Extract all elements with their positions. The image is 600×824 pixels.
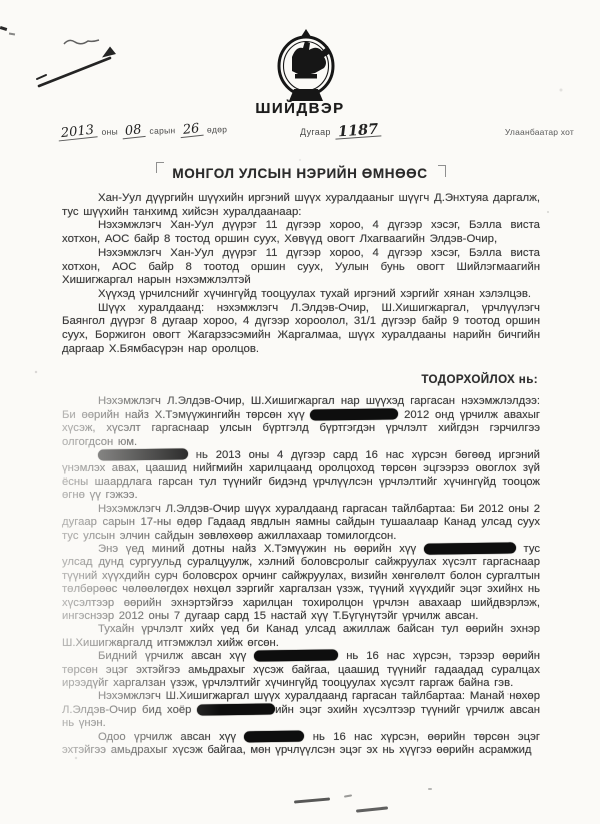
paragraph: Одоо үрчилж авсан хүү нь 16 нас хүрсэн, … (62, 731, 540, 758)
text-run: Хан-Уул дүүргийн шүүхийн иргэний шүүх ху… (62, 192, 540, 218)
paragraph: Нэхэмжлэгч Хан-Уул дүүрэг 11 дүгээр хоро… (62, 247, 540, 288)
statement-paragraphs: Нэхэмжлэгч Л.Элдэв-Очир, Ш.Хишигжаргал н… (62, 395, 540, 757)
pen-dash-mark (344, 794, 352, 797)
paragraph: Хан-Уул дүүргийн шүүхийн иргэний шүүх ху… (62, 192, 540, 219)
text-run: Нэхэмжлэгч Хан-Уул дүүрэг 11 дүгээр хоро… (62, 247, 540, 286)
section-label: ТОДОРХОЙЛОХ нь: (62, 373, 538, 386)
main-heading-row: МОНГОЛ УЛСЫН НЭРИЙН ӨМНӨӨС (0, 165, 600, 183)
text-run: Нэхэмжлэгч Хан-Уул дүүрэг 11 дүгээр хоро… (62, 219, 540, 245)
redaction-bar (197, 703, 275, 715)
paragraph: нь 2013 оны 4 дүгээр сард 16 нас хүрсэн … (62, 449, 540, 503)
redaction-bar (424, 542, 516, 554)
paragraph: Хүүхэд үрчилснийг хүчингүйд тооцуулах ту… (62, 288, 540, 302)
document-title: ШИЙДВЭР (0, 100, 600, 117)
paragraph: Шүүх хуралдаанд: нэхэмжлэгч Л.Элдэв-Очир… (62, 302, 540, 357)
redaction-bar (244, 730, 304, 742)
redaction-bar (310, 408, 398, 420)
scan-edge-artifact (9, 32, 15, 35)
number-label: Дугаар (300, 127, 331, 137)
pen-dash-mark (356, 806, 388, 812)
text-run: Шүүх хуралдаанд: нэхэмжлэгч Л.Элдэв-Очир… (62, 302, 540, 355)
paragraph: Нэхэмжлэгч Ш.Хишигжаргал шүүх хуралдаанд… (62, 690, 540, 730)
scan-edge-artifact (0, 26, 7, 31)
handwritten-day: 26 (179, 123, 203, 138)
paragraph: Нэхэмжлэгч Л.Элдэв-Очир шүүх хуралдаанд … (62, 503, 540, 543)
crop-corner-mark (438, 165, 446, 177)
paragraph: Энэ үед миний дотны найз Х.Тэмүүжин нь ө… (62, 543, 540, 623)
paragraph: Тухайн үрчлэлт хийх үед би Канад улсад а… (62, 623, 540, 650)
handwritten-year: 2013 (57, 124, 97, 141)
redaction-bar (98, 448, 188, 460)
scanned-court-decision: { "doc": { "title": "ШИЙДВЭР", "heading"… (0, 0, 600, 824)
date-word-month: сарын (149, 125, 175, 136)
text-run: Хүүхэд үрчилснийг хүчингүйд тооцуулах ту… (98, 288, 531, 300)
main-heading: МОНГОЛ УЛСЫН НЭРИЙН ӨМНӨӨС (172, 166, 427, 181)
city-label: Улаанбаатар хот (505, 127, 574, 137)
paragraph: Нэхэмжлэгч Л.Элдэв-Очир, Ш.Хишигжаргал н… (62, 395, 540, 449)
document-body: Хан-Уул дүүргийн шүүхийн иргэний шүүх ху… (62, 192, 540, 757)
handwritten-number: 1187 (335, 123, 382, 139)
text-run: Тухайн үрчлэлт хийх үед би Канад улсад а… (62, 623, 540, 648)
mongolia-state-emblem-icon (268, 27, 344, 107)
date-word-day: өдөр (207, 124, 228, 134)
paragraph: Бидний үрчилж авсан хүү нь 16 нас хүрсэн… (62, 650, 540, 690)
handwritten-month: 08 (122, 124, 146, 139)
text-run: Одоо үрчилж авсан хүү (98, 731, 244, 743)
crop-corner-mark (156, 162, 164, 173)
intro-paragraphs: Хан-Уул дүүргийн шүүхийн иргэний шүүх ху… (62, 192, 540, 356)
pen-dash-mark (428, 788, 432, 790)
text-run: Нэхэмжлэгч Л.Элдэв-Очир шүүх хуралдаанд … (62, 503, 540, 542)
redaction-bar (254, 650, 338, 662)
text-run: Энэ үед миний дотны найз Х.Тэмүүжин нь ө… (98, 543, 424, 555)
paragraph: Нэхэмжлэгч Хан-Уул дүүрэг 11 дүгээр хоро… (62, 219, 540, 246)
text-run: Бидний үрчилж авсан хүү (98, 650, 254, 662)
decision-date: 2013 оны 08 сарын 26 өдөр (58, 119, 228, 141)
handwritten-arrow-icon (34, 34, 146, 92)
decision-number: Дугаар 1187 (300, 122, 382, 140)
pen-dash-mark (294, 797, 330, 803)
date-word-year: оны (101, 127, 118, 137)
